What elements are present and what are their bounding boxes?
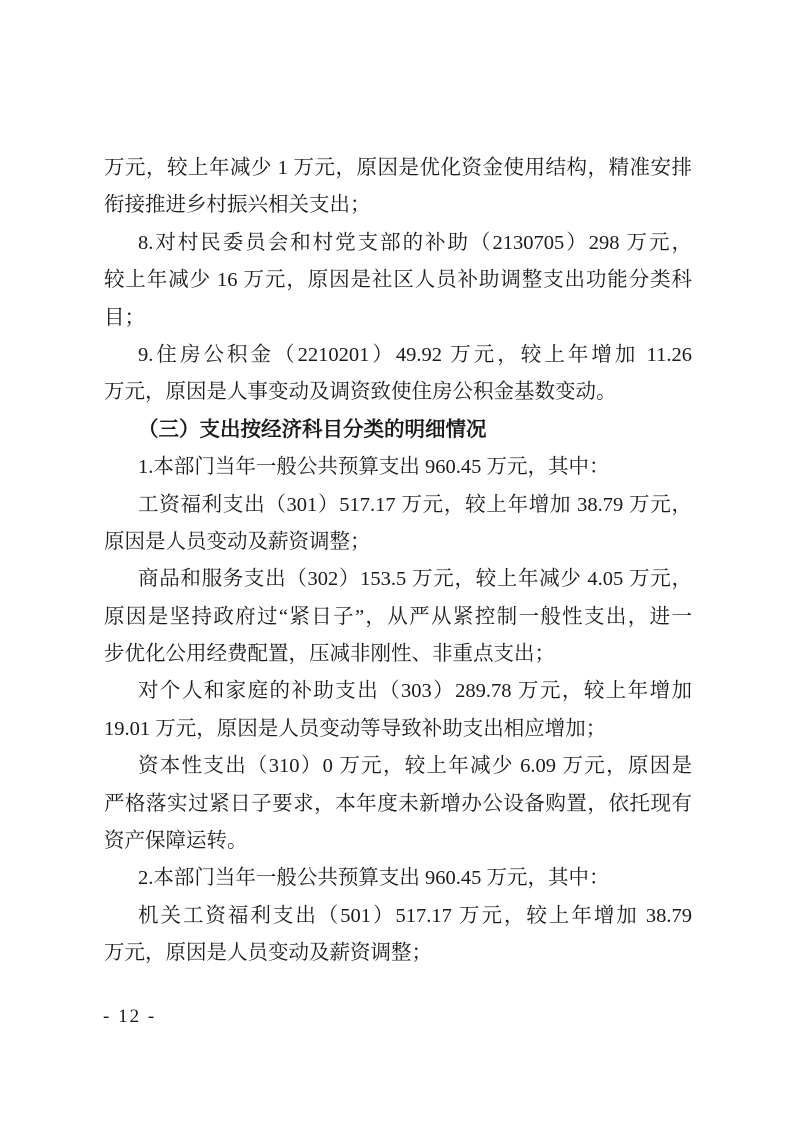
- text-line: 9.住房公积金（2210201）49.92 万元，较上年增加 11.26: [104, 337, 692, 374]
- text-line: 原因是坚持政府过“紧日子”，从严从紧控制一般性支出，进一: [104, 599, 692, 636]
- text-line: 万元，原因是人事变动及调资致使住房公积金基数变动。: [104, 374, 692, 411]
- text-line: 万元，原因是人员变动及薪资调整；: [104, 935, 692, 972]
- text-line: 步优化公用经费配置，压减非刚性、非重点支出；: [104, 636, 692, 673]
- document-page: 万元，较上年减少 1 万元，原因是优化资金使用结构，精准安排衔接推进乡村振兴相关…: [0, 0, 793, 1122]
- text-line: 原因是人员变动及薪资调整；: [104, 524, 692, 561]
- text-line: 万元，较上年减少 1 万元，原因是优化资金使用结构，精准安排: [104, 150, 692, 187]
- text-line: 1.本部门当年一般公共预算支出 960.45 万元，其中：: [104, 449, 692, 486]
- page-number: - 12 -: [103, 1003, 156, 1031]
- text-line: 19.01 万元，原因是人员变动等导致补助支出相应增加；: [104, 711, 692, 748]
- section-heading: （三）支出按经济科目分类的明细情况: [104, 412, 692, 449]
- text-line: 目；: [104, 300, 692, 337]
- text-line: 8.对村民委员会和村党支部的补助（2130705）298 万元，: [104, 225, 692, 262]
- text-block: 万元，较上年减少 1 万元，原因是优化资金使用结构，精准安排衔接推进乡村振兴相关…: [104, 150, 692, 973]
- text-line: 商品和服务支出（302）153.5 万元，较上年减少 4.05 万元，: [104, 561, 692, 598]
- text-line: 较上年减少 16 万元，原因是社区人员补助调整支出功能分类科: [104, 262, 692, 299]
- text-line: 资产保障运转。: [104, 823, 692, 860]
- text-line: 工资福利支出（301）517.17 万元，较上年增加 38.79 万元，: [104, 487, 692, 524]
- text-line: 对个人和家庭的补助支出（303）289.78 万元，较上年增加: [104, 673, 692, 710]
- text-line: 衔接推进乡村振兴相关支出；: [104, 187, 692, 224]
- text-line: 严格落实过紧日子要求，本年度未新增办公设备购置，依托现有: [104, 786, 692, 823]
- text-line: 2.本部门当年一般公共预算支出 960.45 万元，其中：: [104, 860, 692, 897]
- text-line: 资本性支出（310）0 万元，较上年减少 6.09 万元，原因是: [104, 748, 692, 785]
- text-line: 机关工资福利支出（501）517.17 万元，较上年增加 38.79: [104, 898, 692, 935]
